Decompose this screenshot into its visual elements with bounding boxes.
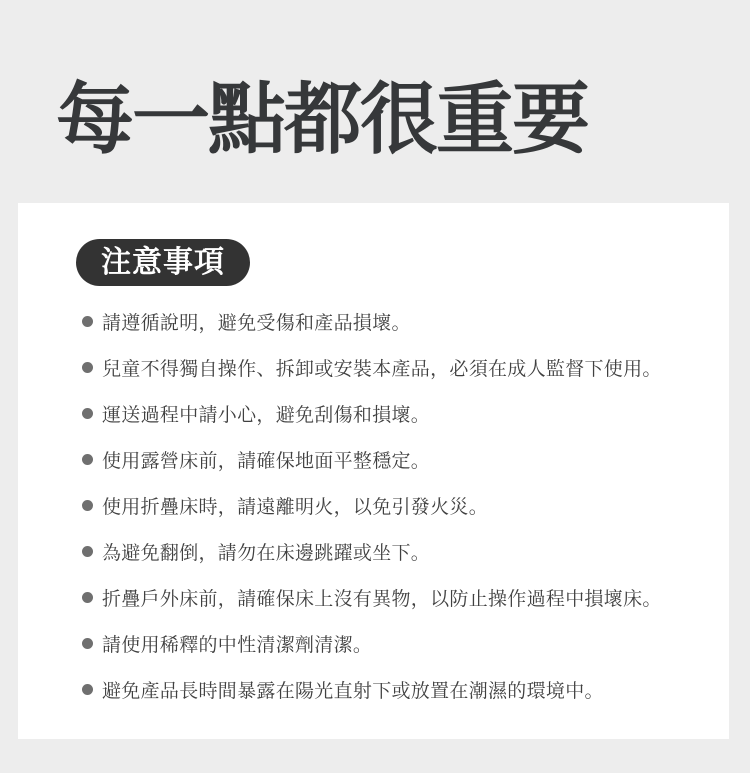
list-item: 兒童不得獨自操作、拆卸或安裝本產品，必須在成人監督下使用。 xyxy=(82,354,699,380)
list-item-text: 為避免翻倒，請勿在床邊跳躍或坐下。 xyxy=(102,538,430,565)
bullet-icon xyxy=(82,408,93,419)
bullet-icon xyxy=(82,592,93,603)
notice-list: 請遵循說明，避免受傷和產品損壞。 兒童不得獨自操作、拆卸或安裝本產品，必須在成人… xyxy=(76,308,699,702)
list-item: 避免產品長時間暴露在陽光直射下或放置在潮濕的環境中。 xyxy=(82,676,699,702)
list-item-text: 請使用稀釋的中性清潔劑清潔。 xyxy=(102,630,372,657)
list-item-text: 使用露營床前，請確保地面平整穩定。 xyxy=(102,446,430,473)
bullet-icon xyxy=(82,454,93,465)
bullet-icon xyxy=(82,638,93,649)
bullet-icon xyxy=(82,362,93,373)
bullet-icon xyxy=(82,500,93,511)
hero-section: 每一點都很重要 xyxy=(0,0,750,203)
list-item-text: 使用折疊床時，請遠離明火，以免引發火災。 xyxy=(102,492,488,519)
list-item: 運送過程中請小心，避免刮傷和損壞。 xyxy=(82,400,699,426)
list-item: 為避免翻倒，請勿在床邊跳躍或坐下。 xyxy=(82,538,699,564)
page-title: 每一點都很重要 xyxy=(56,78,750,161)
bullet-icon xyxy=(82,316,93,327)
list-item-text: 請遵循說明，避免受傷和產品損壞。 xyxy=(102,308,411,335)
list-item: 折疊戶外床前，請確保床上沒有異物，以防止操作過程中損壞床。 xyxy=(82,584,699,610)
list-item: 請使用稀釋的中性清潔劑清潔。 xyxy=(82,630,699,656)
list-item: 使用露營床前，請確保地面平整穩定。 xyxy=(82,446,699,472)
bullet-icon xyxy=(82,684,93,695)
list-item: 使用折疊床時，請遠離明火，以免引發火災。 xyxy=(82,492,699,518)
notice-badge: 注意事項 xyxy=(76,239,250,286)
list-item-text: 折疊戶外床前，請確保床上沒有異物，以防止操作過程中損壞床。 xyxy=(102,584,662,611)
bullet-icon xyxy=(82,546,93,557)
list-item-text: 運送過程中請小心，避免刮傷和損壞。 xyxy=(102,400,430,427)
list-item-text: 兒童不得獨自操作、拆卸或安裝本產品，必須在成人監督下使用。 xyxy=(102,354,662,381)
notice-card: 注意事項 請遵循說明，避免受傷和產品損壞。 兒童不得獨自操作、拆卸或安裝本產品，… xyxy=(18,203,729,739)
list-item: 請遵循說明，避免受傷和產品損壞。 xyxy=(82,308,699,334)
list-item-text: 避免產品長時間暴露在陽光直射下或放置在潮濕的環境中。 xyxy=(102,676,604,703)
